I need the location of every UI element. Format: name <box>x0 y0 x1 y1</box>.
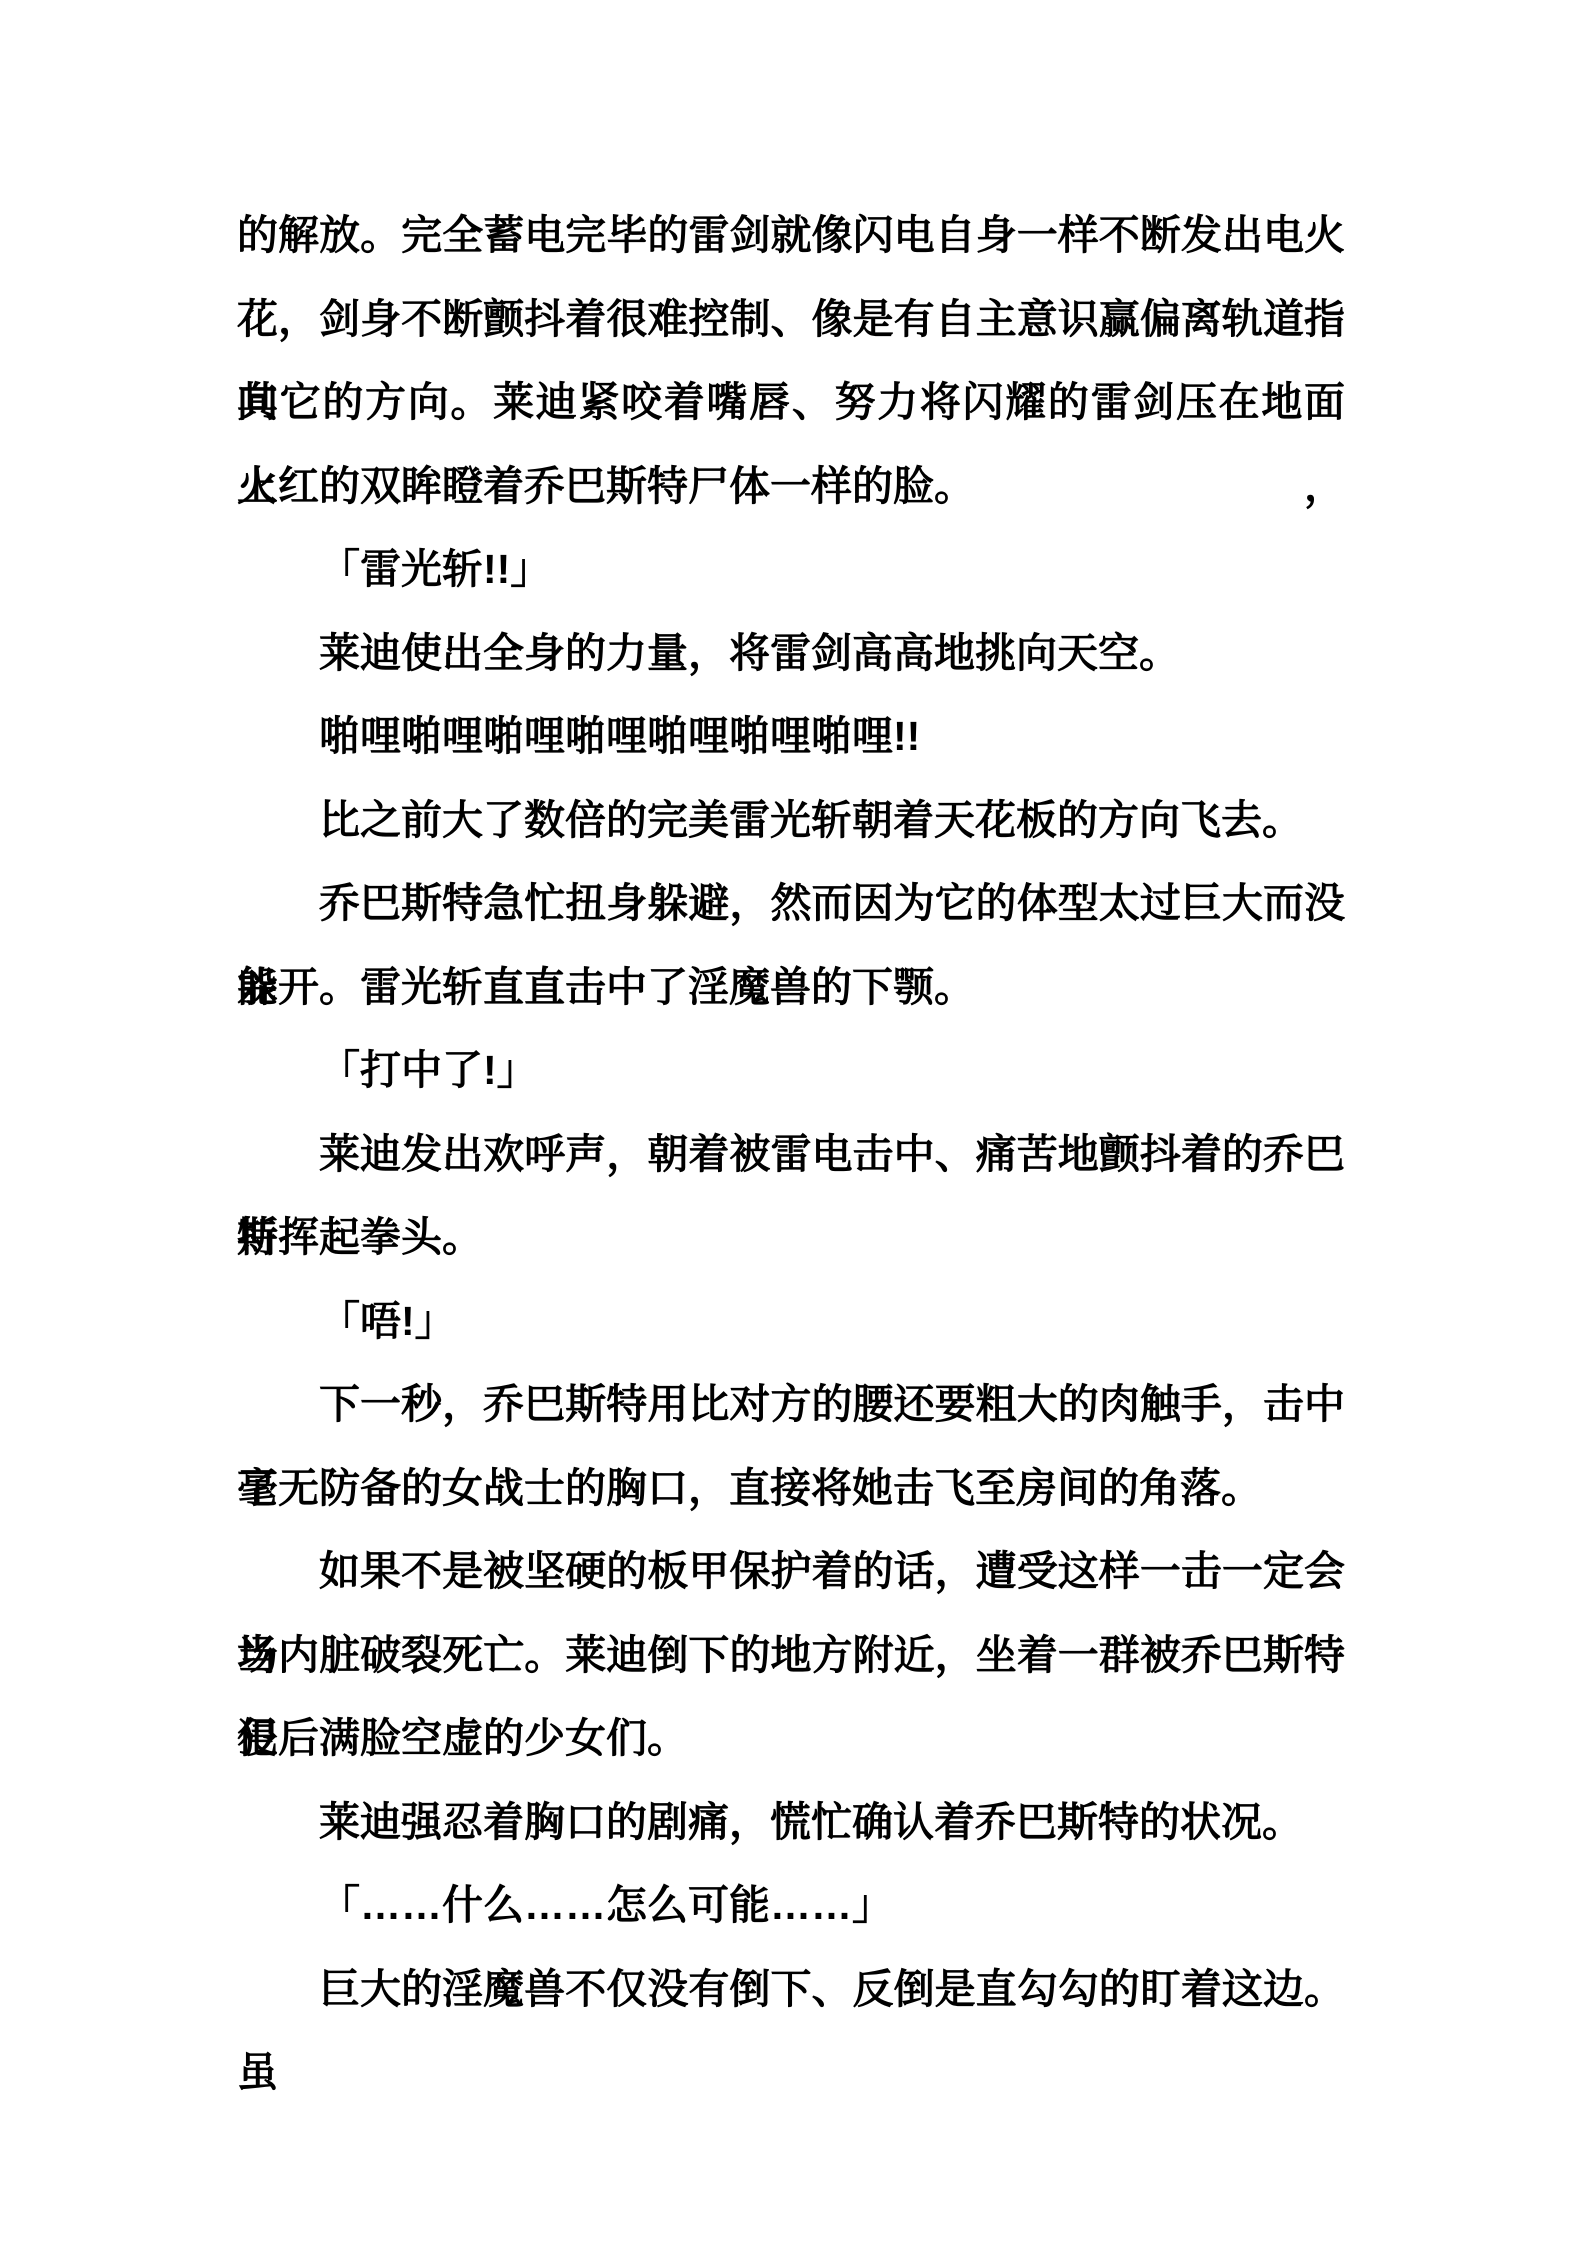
text-line: 的解放。完全蓄电完毕的雷剑就像闪电自身一样不断发出电火 <box>237 194 1345 278</box>
text-line: 犯后满脸空虚的少女们。 <box>237 1697 1345 1781</box>
novel-text-block: 的解放。完全蓄电完毕的雷剑就像闪电自身一样不断发出电火花，剑身不断颤抖着很难控制… <box>237 194 1345 2031</box>
text-line: 「雷光斩!!」 <box>237 528 1345 612</box>
text-line: 「唔!」 <box>237 1280 1345 1364</box>
text-line: 其它的方向。莱迪紧咬着嘴唇、努力将闪耀的雷剑压在地面上， <box>237 361 1345 445</box>
text-line: 下一秒，乔巴斯特用比对方的腰还要粗大的肉触手，击中了 <box>237 1363 1345 1447</box>
text-line: 比之前大了数倍的完美雷光斩朝着天花板的方向飞去。 <box>237 779 1345 863</box>
text-line: 毫无防备的女战士的胸口，直接将她击飞至房间的角落。 <box>237 1447 1345 1531</box>
text-line: 特挥起拳头。 <box>237 1196 1345 1280</box>
text-line: 花，剑身不断颤抖着很难控制、像是有自主意识赢偏离轨道指向 <box>237 278 1345 362</box>
text-line: 巨大的淫魔兽不仅没有倒下、反倒是直勾勾的盯着这边。虽 <box>237 1948 1345 2032</box>
text-line: 场内脏破裂死亡。莱迪倒下的地方附近，坐着一群被乔巴斯特侵 <box>237 1614 1345 1698</box>
text-line: 躲开。雷光斩直直击中了淫魔兽的下颚。 <box>237 946 1345 1030</box>
text-line: 莱迪强忍着胸口的剧痛，慌忙确认着乔巴斯特的状况。 <box>237 1781 1345 1865</box>
text-line: 「……什么……怎么可能……」 <box>237 1864 1345 1948</box>
novel-page: 的解放。完全蓄电完毕的雷剑就像闪电自身一样不断发出电火花，剑身不断颤抖着很难控制… <box>0 0 1587 2245</box>
text-line: 啪哩啪哩啪哩啪哩啪哩啪哩啪哩!! <box>237 695 1345 779</box>
text-line: 莱迪使出全身的力量，将雷剑高高地挑向天空。 <box>237 612 1345 696</box>
text-line: 如果不是被坚硬的板甲保护着的话，遭受这样一击一定会当 <box>237 1530 1345 1614</box>
text-line: 乔巴斯特急忙扭身躲避，然而因为它的体型太过巨大而没能 <box>237 862 1345 946</box>
text-line: 「打中了!」 <box>237 1029 1345 1113</box>
text-line: 莱迪发出欢呼声，朝着被雷电击中、痛苦地颤抖着的乔巴斯 <box>237 1113 1345 1197</box>
